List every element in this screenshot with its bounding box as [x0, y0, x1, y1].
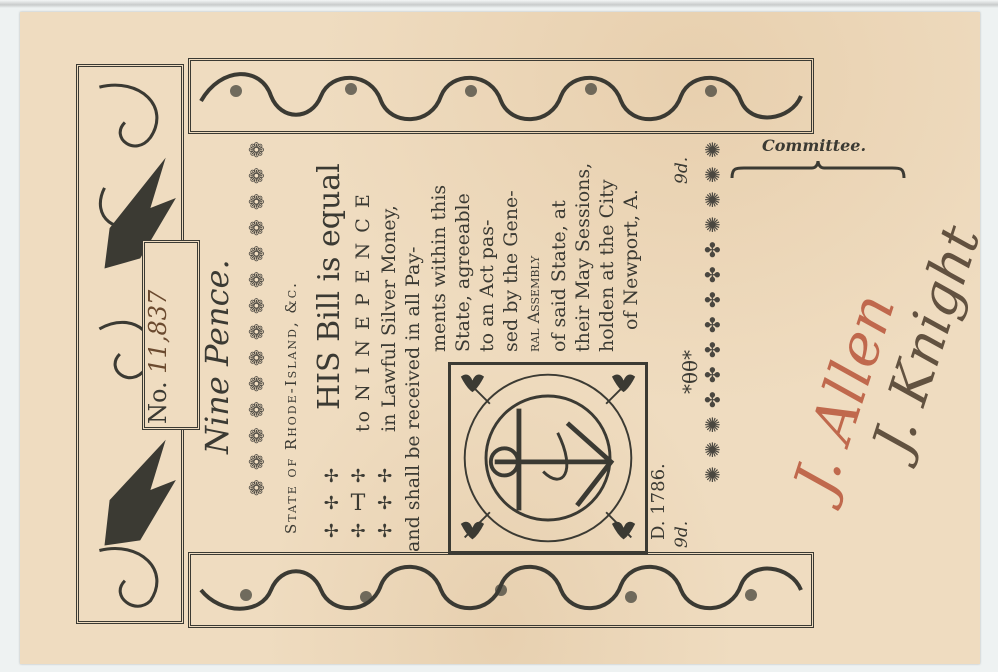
scanner-edge: [0, 0, 998, 8]
rosette-icon: ❁: [248, 270, 265, 290]
rosette-icon: ❁: [248, 192, 265, 212]
body-line-7: to an Act pas-: [476, 220, 498, 352]
body-line-2: to N I N E P E N C E: [352, 192, 374, 432]
fleuron-icon: ✤: [704, 315, 721, 335]
center-ornament: *θθ*: [678, 350, 702, 394]
fleuron-icon: ✢: [377, 493, 392, 514]
body-line-9: ral Assembly: [524, 256, 543, 352]
serial-value: 11,837: [144, 290, 172, 374]
body-line-13: of Newport, A.: [620, 189, 642, 330]
drop-cap-ornament: ✢✢✢ ✢T✢ ✢✢✢: [318, 464, 398, 544]
top-scroll-border: [188, 58, 814, 134]
value-bottom: 9d.: [672, 521, 692, 548]
rosette-icon: ❁: [248, 426, 265, 446]
body-line-8: sed by the Gene-: [500, 190, 522, 352]
fleuron-icon: ✤: [704, 390, 721, 410]
acanthus-scroll-icon: [191, 61, 811, 131]
fleuron-icon: ✢: [350, 521, 365, 542]
fleuron-icon: ✢: [377, 521, 392, 542]
rosette-icon: ✺: [704, 440, 721, 460]
fleuron-icon: ✤: [704, 340, 721, 360]
banknote: No. 11,837 Nine Pence. ❁❁: [20, 12, 980, 664]
right-rosette-column: ✺✺ ✺✺ ✤✤ ✤✤ ✤✤ ✤✺ ✺✺: [704, 140, 721, 485]
rosette-icon: ❁: [248, 400, 265, 420]
body-line-12: holden at the City: [596, 179, 618, 352]
fleuron-icon: ✤: [704, 240, 721, 260]
fleuron-icon: ✤: [704, 290, 721, 310]
rosette-icon: ✺: [704, 190, 721, 210]
fleuron-icon: ✤: [704, 265, 721, 285]
body-line-6: State, agreeable: [452, 193, 474, 352]
rosette-icon: ✺: [704, 465, 721, 485]
anchor-seal: DOMINE : SPERAMUS : IN : TE.: [448, 362, 648, 554]
body-line-1: HIS Bill is equal: [312, 163, 347, 410]
anchor-icon: [451, 365, 645, 551]
body-line-5: ments within this: [428, 185, 450, 352]
fleuron-icon: ✢: [377, 466, 392, 487]
rosette-icon: ❁: [248, 166, 265, 186]
rosette-icon: ❁: [248, 296, 265, 316]
denomination-script: Nine Pence.: [198, 259, 236, 454]
body-line-4: and shall be received in all Pay-: [402, 247, 424, 552]
serial-label: No.: [144, 381, 172, 424]
body-line-11: their May Sessions,: [572, 163, 594, 352]
rosette-icon: ❁: [248, 478, 265, 498]
rosette-icon: ✺: [704, 140, 721, 160]
rosette-icon: ❁: [248, 322, 265, 342]
rosette-icon: ✺: [704, 165, 721, 185]
issue-date: D. 1786.: [648, 463, 669, 540]
body-line-10: of said State, at: [548, 200, 570, 352]
acanthus-scroll-icon: [191, 555, 811, 625]
issuer-line: State of Rhode-Island, &c.: [282, 281, 300, 534]
fleuron-icon: ✢: [350, 466, 365, 487]
left-rosette-column: ❁❁ ❁❁ ❁❁ ❁❁ ❁❁ ❁❁ ❁❁: [248, 140, 265, 498]
bracket-icon: [728, 160, 908, 182]
serial-number: No. 11,837: [144, 290, 172, 424]
rosette-icon: ✺: [704, 215, 721, 235]
body-line-3: in Lawful Silver Money,: [378, 205, 400, 432]
drop-cap-letter: T: [351, 491, 366, 516]
rosette-icon: ❁: [248, 140, 265, 160]
rosette-icon: ❁: [248, 348, 265, 368]
rosette-icon: ❁: [248, 452, 265, 472]
rosette-icon: ❁: [248, 244, 265, 264]
committee-label: Committee.: [762, 136, 866, 155]
fleuron-icon: ✤: [704, 365, 721, 385]
fleuron-icon: ✢: [324, 521, 339, 542]
rosette-icon: ❁: [248, 374, 265, 394]
fleuron-icon: ✢: [324, 466, 339, 487]
rosette-icon: ❁: [248, 218, 265, 238]
rosette-icon: ✺: [704, 415, 721, 435]
fleuron-icon: ✢: [324, 493, 339, 514]
bottom-scroll-border: [188, 552, 814, 628]
value-top: 9d.: [672, 157, 692, 184]
